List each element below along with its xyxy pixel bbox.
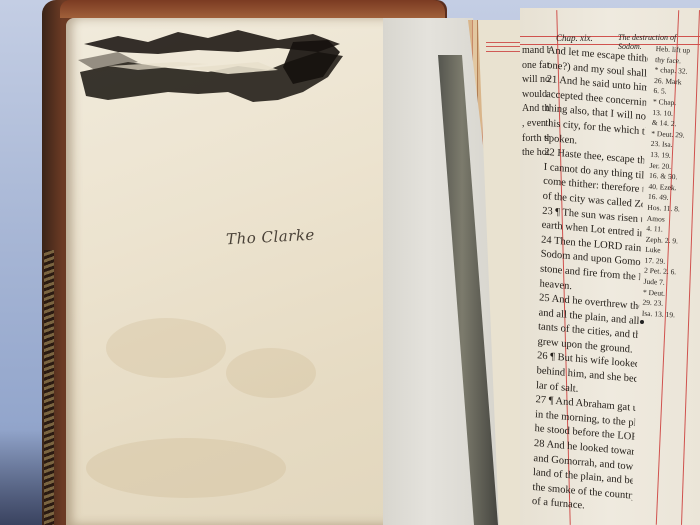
foxing-stain <box>86 438 286 498</box>
foxing-stain <box>106 318 226 378</box>
gilt-tooled-edge <box>44 250 54 525</box>
ink-speck <box>640 320 644 324</box>
inked-out-inscription <box>78 22 348 112</box>
scripture-text: And let me escape thither, (is it not a … <box>532 44 648 519</box>
foxing-stain <box>226 348 316 398</box>
cover-top-edge <box>60 0 445 18</box>
running-head-chapter: Chap. xix. <box>556 33 593 43</box>
